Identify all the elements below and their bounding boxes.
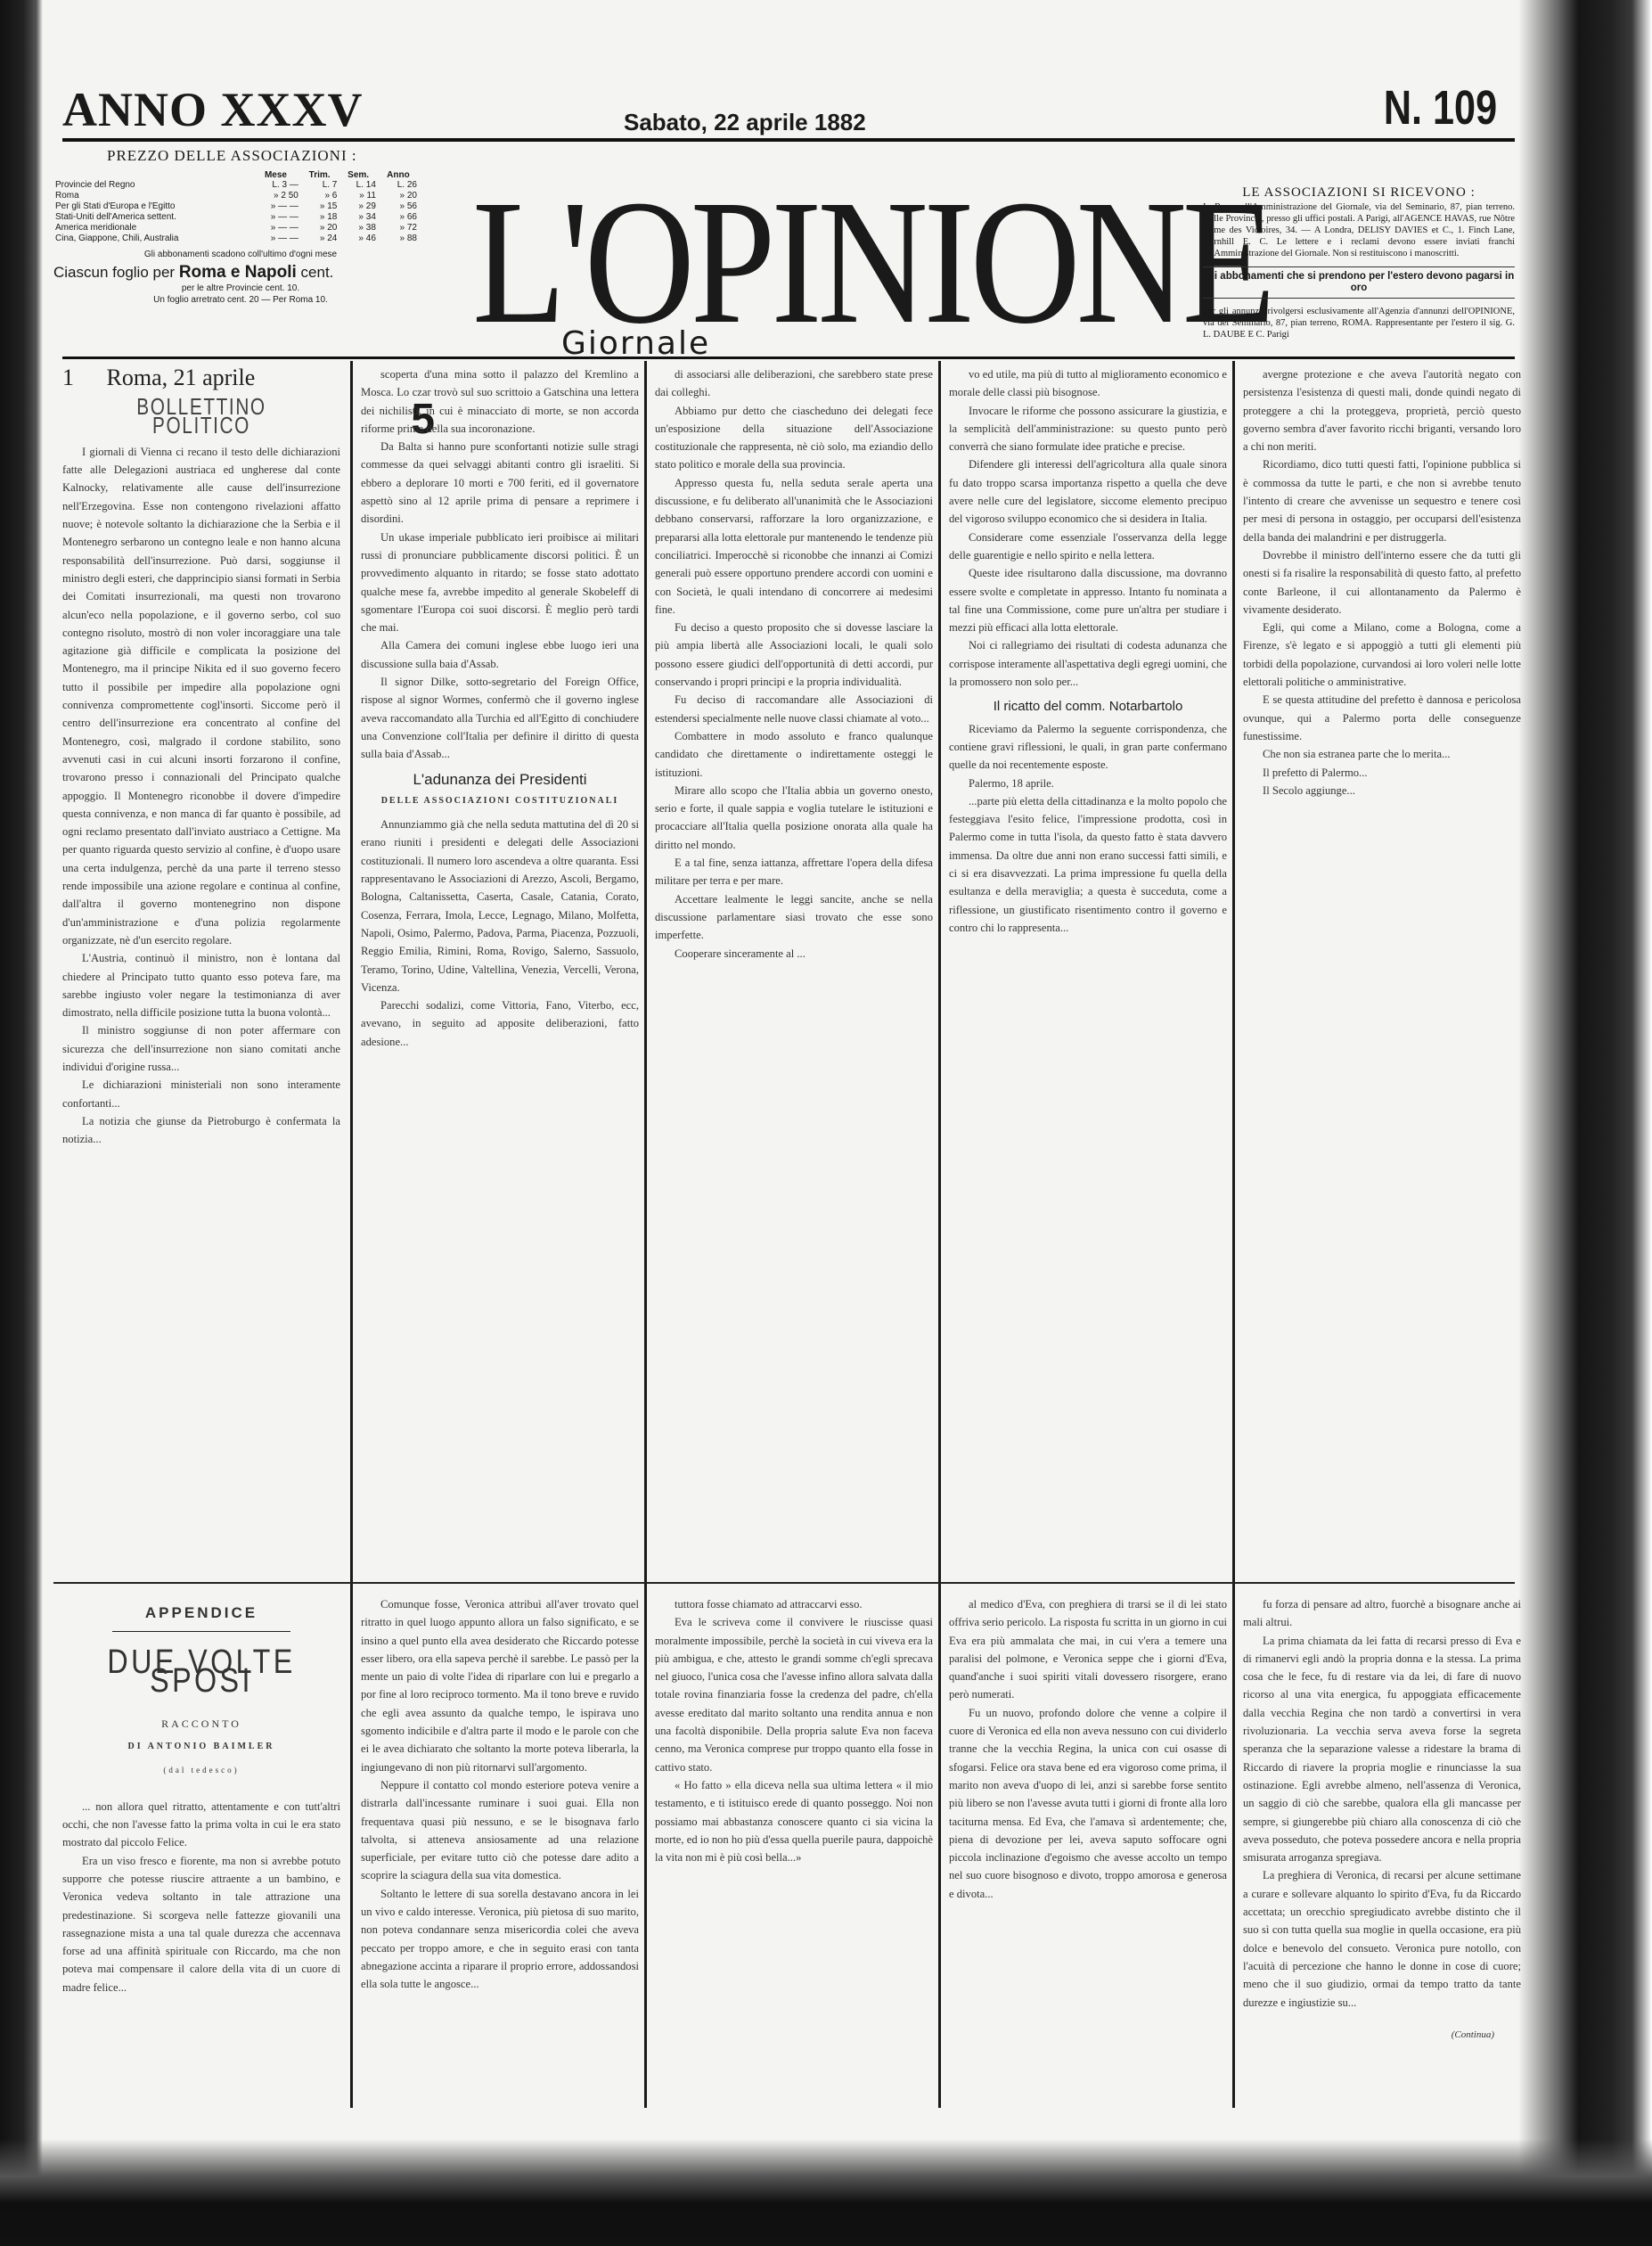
adunanza-text: Annunziammo già che nella seduta mattuti… [361, 816, 639, 1051]
prices-table: MeseTrim.Sem.Anno Provincie del RegnoL. … [53, 170, 419, 244]
paragraph: Invocare le riforme che possono assicura… [949, 402, 1227, 456]
feuilleton-separator [53, 1582, 1515, 1584]
paragraph: Fu deciso a questo proposito che si dove… [655, 619, 933, 691]
price-row: Provincie del RegnoL. 3 —L. 7L. 14L. 26 [53, 180, 419, 191]
feuilleton-col-4: al medico d'Eva, con preghiera di trarsi… [949, 1595, 1227, 1903]
roma-dateline: 1 Roma, 21 aprile [62, 369, 340, 387]
paragraph: fu forza di pensare ad altro, fuorchè a … [1243, 1595, 1521, 1632]
paragraph: al medico d'Eva, con preghiera di trarsi… [949, 1595, 1227, 1704]
subscription-prices: PREZZO DELLE ASSOCIAZIONI : MeseTrim.Sem… [53, 147, 428, 306]
paragraph: Appresso questa fu, nella seduta serale … [655, 474, 933, 619]
paragraph: Cooperare sinceramente al ... [655, 945, 933, 963]
column-divider [350, 361, 353, 2108]
paragraph: Noi ci rallegriamo dei risultati di code… [949, 636, 1227, 691]
paragraph: Difendere gli interessi dell'agricoltura… [949, 455, 1227, 528]
paragraph: L'Austria, continuò il ministro, non è l… [62, 949, 340, 1021]
paragraph: Soltanto le lettere di sua sorella desta… [361, 1885, 639, 1994]
subscription-info: LE ASSOCIAZIONI SI RICEVONO : In Roma al… [1203, 187, 1515, 340]
paragraph: E se questa attitudine del prefetto è da… [1243, 691, 1521, 745]
paragraph: Abbiamo pur detto che ciascheduno dei de… [655, 402, 933, 474]
scan-border-left [0, 0, 43, 2246]
paragraph: Che non sia estranea parte che lo merita… [1243, 745, 1521, 763]
column-4: vo ed utile, ma più di tutto al migliora… [949, 365, 1227, 937]
paragraph: Accettare lealmente le leggi sancite, an… [655, 890, 933, 945]
paragraph: Ricordiamo, dico tutti questi fatti, l'o… [1243, 455, 1521, 545]
paragraph: Considerare come essenziale l'osservanza… [949, 529, 1227, 565]
paragraph: Il Secolo aggiunge... [1243, 782, 1521, 799]
price-row: America meridionale» — —» 20» 38» 72 [53, 223, 419, 234]
price-row: Roma» 2 50» 6» 11» 20 [53, 191, 419, 201]
paragraph: Combattere in modo assoluto e franco qua… [655, 727, 933, 782]
bollettino-politico-title: BOLLETTINO POLITICO [90, 398, 313, 434]
associazioni-title: LE ASSOCIAZIONI SI RICEVONO : [1203, 187, 1515, 199]
paragraph: Comunque fosse, Veronica attribuì all'av… [361, 1595, 639, 1776]
issue-number: N. 109 [1384, 80, 1497, 135]
paragraph: Era un viso fresco e fiorente, ma non si… [62, 1852, 340, 1996]
paragraph: Alla Camera dei comuni inglese ebbe luog… [361, 636, 639, 673]
paragraph: I giornali di Vienna ci recano il testo … [62, 443, 340, 949]
bollettino-text: I giornali di Vienna ci recano il testo … [62, 443, 340, 1149]
column-5: avergne protezione e che aveva l'autorit… [1243, 365, 1521, 799]
feuilleton-col-5: fu forza di pensare ad altro, fuorchè a … [1243, 1595, 1521, 2044]
price-row: Stati-Uniti dell'America settent.» — —» … [53, 212, 419, 223]
column-2: scoperta d'una mina sotto il palazzo del… [361, 365, 639, 1051]
header-rule [62, 138, 1515, 142]
other-provinces-price: per le altre Provincie cent. 10. [53, 283, 428, 294]
issue-date: Sabato, 22 aprile 1882 [624, 109, 866, 136]
paragraph: La notizia che giunse da Pietroburgo è c… [62, 1112, 340, 1149]
prices-note: Gli abbonamenti scadono coll'ultimo d'og… [53, 250, 428, 259]
prices-title: PREZZO DELLE ASSOCIAZIONI : [107, 147, 428, 165]
paragraph: Il signor Dilke, sotto-segretario del Fo… [361, 673, 639, 763]
appendice-column: APPENDICE DUE VOLTE SPOSI RACCONTO DI AN… [62, 1595, 340, 1996]
paragraph: Annunziammo già che nella seduta mattuti… [361, 816, 639, 996]
column-1: 1 Roma, 21 aprile BOLLETTINO POLITICO I … [62, 365, 340, 1148]
price-row: Cina, Giappone, Chili, Australia» — —» 2… [53, 234, 419, 244]
paragraph: Dovrebbe il ministro dell'interno essere… [1243, 546, 1521, 619]
paragraph: Egli, qui come a Milano, come a Bologna,… [1243, 619, 1521, 691]
continua-label: (Continua) [1243, 2026, 1521, 2044]
paragraph: E a tal fine, senza iattanza, affrettare… [655, 854, 933, 890]
paragraph: Un ukase imperiale pubblicato ieri proib… [361, 529, 639, 637]
masthead-bottom-rule [62, 357, 1515, 359]
scan-border-right [1518, 0, 1652, 2246]
paragraph: Parecchi sodalizi, come Vittoria, Fano, … [361, 996, 639, 1051]
paragraph: Mirare allo scopo che l'Italia abbia un … [655, 782, 933, 854]
adunanza-subtitle: DELLE ASSOCIAZIONI COSTITUZIONALI [361, 792, 639, 810]
paragraph: Queste idee risultarono dalla discussion… [949, 564, 1227, 636]
paragraph: avergne protezione e che aveva l'autorit… [1243, 365, 1521, 455]
paragraph: Eva le scriveva come il convivere le riu… [655, 1613, 933, 1776]
column-divider [1232, 361, 1235, 2108]
paragraph: ...parte più eletta della cittadinanza e… [949, 792, 1227, 937]
column-4-text: vo ed utile, ma più di tutto al migliora… [949, 365, 1227, 691]
back-issue-price: Un foglio arretrato cent. 20 — Per Roma … [53, 294, 428, 306]
column-3: di associarsi alle deliberazioni, che sa… [655, 365, 933, 963]
column-2-text: scoperta d'una mina sotto il palazzo del… [361, 365, 639, 764]
column-divider [938, 361, 941, 2108]
gold-payment-notice: Gli abbonamenti che si prendono per l'es… [1203, 266, 1515, 299]
ricatto-text: Riceviamo da Palermo la seguente corrisp… [949, 720, 1227, 938]
adunanza-title: L'adunanza dei Presidenti [361, 771, 639, 789]
year-label: ANNO XXXV [62, 82, 363, 137]
paragraph: Palermo, 18 aprile. [949, 775, 1227, 792]
single-copy-price: Ciascun foglio per Roma e Napoli cent. [53, 263, 428, 283]
column-5-text: avergne protezione e che aveva l'autorit… [1243, 365, 1521, 799]
paragraph: « Ho fatto » ella diceva nella sua ultim… [655, 1776, 933, 1866]
paragraph: ... non allora quel ritratto, attentamen… [62, 1798, 340, 1852]
story-genre: RACCONTO [62, 1715, 340, 1733]
paragraph: Il prefetto di Palermo... [1243, 764, 1521, 782]
paragraph: tuttora fosse chiamato ad attraccarvi es… [655, 1595, 933, 1613]
paragraph: Le dichiarazioni ministeriali non sono i… [62, 1076, 340, 1112]
paragraph: La prima chiamata da lei fatta di recars… [1243, 1632, 1521, 1867]
column-3-text: di associarsi alle deliberazioni, che sa… [655, 365, 933, 963]
paragraph: vo ed utile, ma più di tutto al migliora… [949, 365, 1227, 402]
story-author: DI ANTONIO BAIMLER [62, 1738, 340, 1756]
paragraph: Neppure il contatto col mondo esteriore … [361, 1776, 639, 1885]
appendice-text: ... non allora quel ritratto, attentamen… [62, 1798, 340, 1996]
paragraph: scoperta d'una mina sotto il palazzo del… [361, 365, 639, 438]
price-row: Per gli Stati d'Europa e l'Egitto» — —» … [53, 201, 419, 212]
paragraph: Fu un nuovo, profondo dolore che venne a… [949, 1704, 1227, 1903]
paragraph: La preghiera di Veronica, di recarsi per… [1243, 1866, 1521, 2011]
paragraph: Riceviamo da Palermo la seguente corrisp… [949, 720, 1227, 775]
paragraph: Il ministro soggiunse di non poter affer… [62, 1021, 340, 1076]
paragraph: Fu deciso di raccomandare alle Associazi… [655, 691, 933, 727]
story-translation: (dal tedesco) [62, 1761, 340, 1779]
ricatto-title: Il ricatto del comm. Notarbartolo [949, 698, 1227, 716]
annunzi-info: Per gli annunzi, rivolgersi esclusivamen… [1203, 306, 1515, 340]
appendice-label: APPENDICE [62, 1604, 340, 1622]
paragraph: Da Balta si hanno pure sconfortanti noti… [361, 438, 639, 528]
paragraph: di associarsi alle deliberazioni, che sa… [655, 365, 933, 402]
newspaper-page: ANNO XXXV Sabato, 22 aprile 1882 N. 109 … [53, 53, 1515, 2175]
feuilleton-col-3: tuttora fosse chiamato ad attraccarvi es… [655, 1595, 933, 1866]
story-title: DUE VOLTE SPOSI [83, 1653, 319, 1690]
column-divider [644, 361, 647, 2108]
feuilleton-col-2: Comunque fosse, Veronica attribuì all'av… [361, 1595, 639, 1994]
associazioni-body: In Roma all'Amministrazione del Giornale… [1203, 201, 1515, 259]
